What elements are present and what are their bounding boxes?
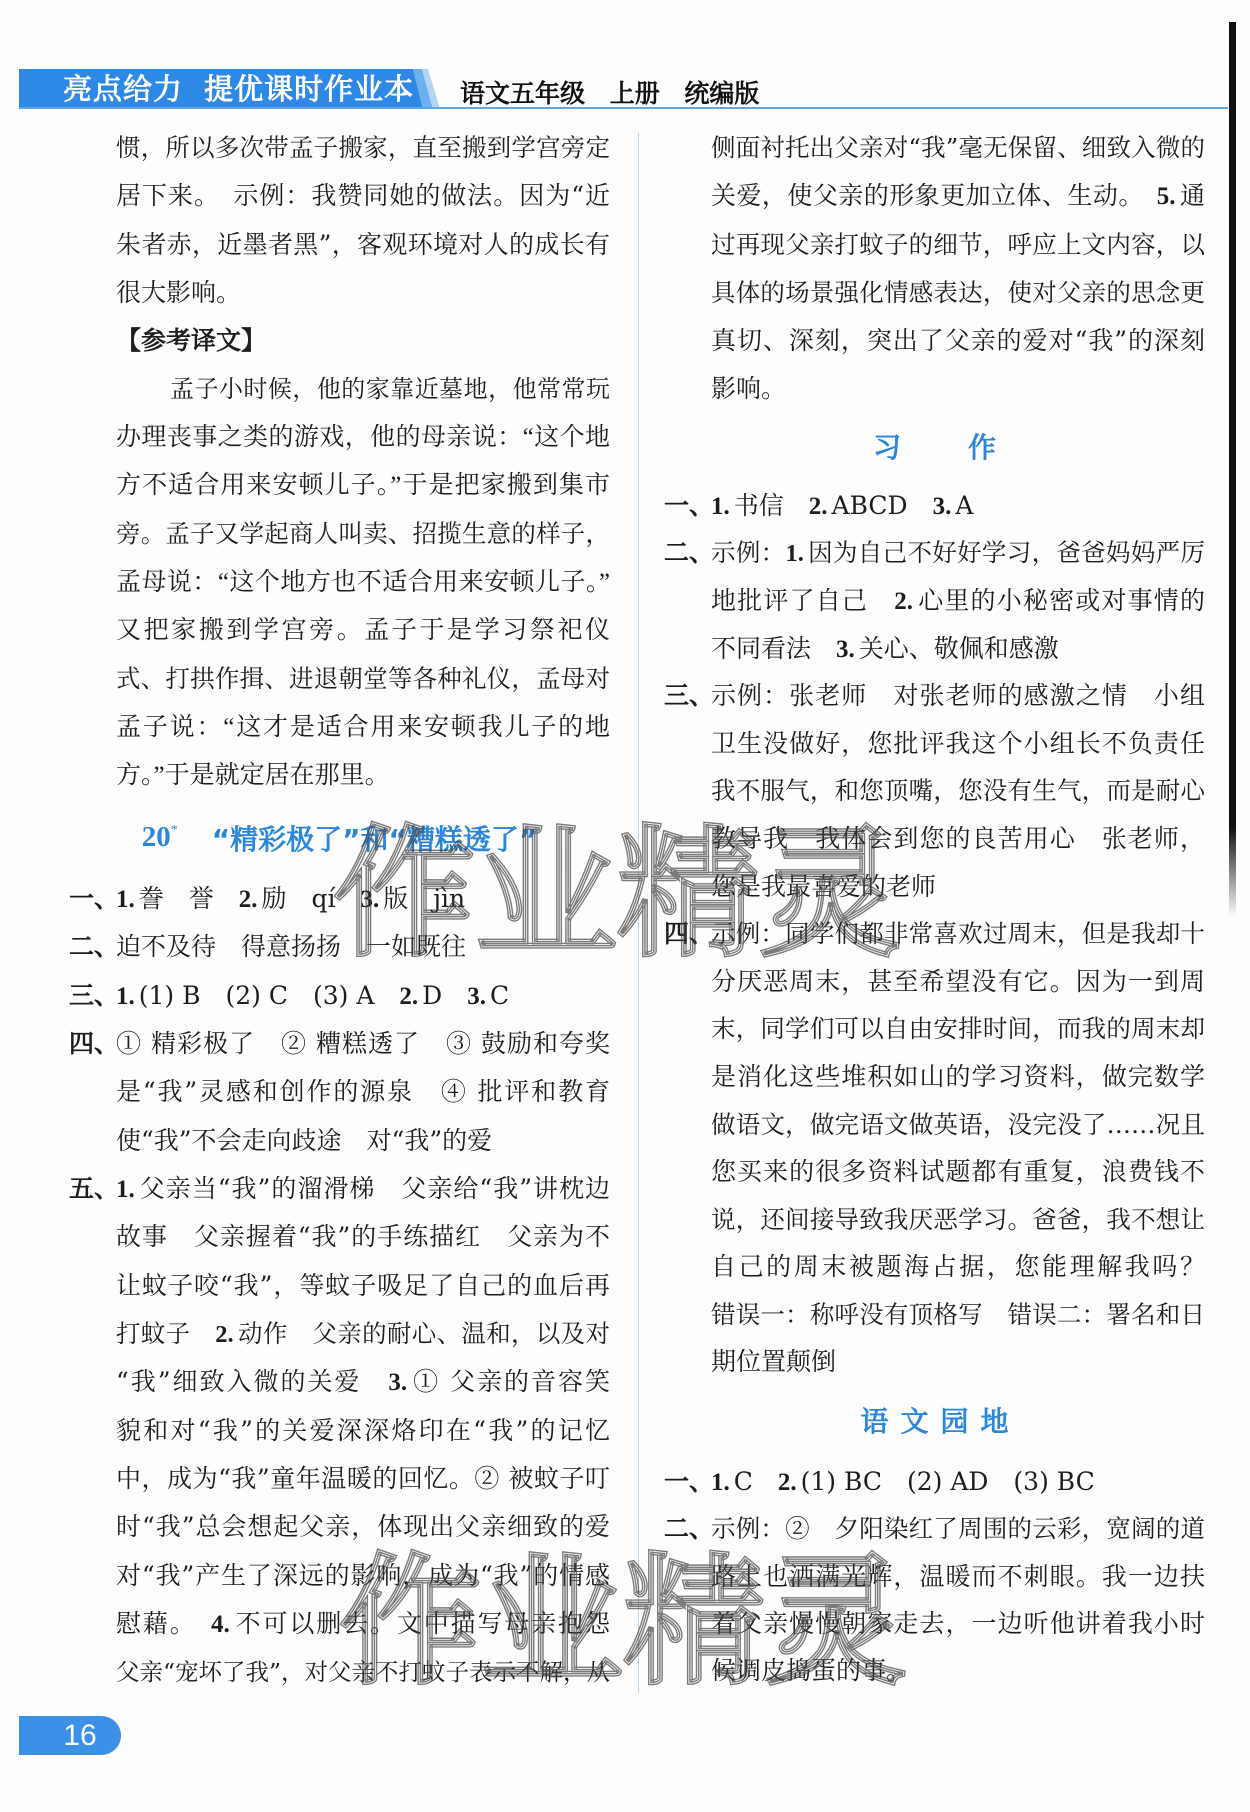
question-number: 4. <box>211 1611 230 1638</box>
line-text: 打蚊子 2.动作 父亲的耐心、温和，以及对 <box>116 1310 610 1358</box>
right-column: 侧面衬托出父亲对“我”毫无保留、细致入微的关爱，使父亲的形象更加立体、生动。 5… <box>664 124 1205 1695</box>
translation-label: 【参考译文】 <box>116 317 610 365</box>
text-line: 分厌恶周末，甚至希望没有它。因为一到周 <box>664 958 1205 1006</box>
text-line: 是消化这些堆积如山的学习资料，做完数学 <box>664 1053 1205 1101</box>
answer-text: (1) B (2) C (3) A <box>139 981 400 1010</box>
answer-item-line: 四、① 精彩极了 ② 糟糕透了 ③ 鼓励和夸奖 <box>69 1020 610 1068</box>
line-text: 错误一：称呼没有顶格写 错误二：署名和日 <box>711 1291 1205 1339</box>
text-line: 式、打拱作揖、进退朝堂等各种礼仪，孟母对 <box>69 656 610 704</box>
line-text: 末，同学们可以自由安排时间，而我的周末却 <box>711 1005 1205 1053</box>
answer-text: A <box>955 491 973 520</box>
line-text: 分厌恶周末，甚至希望没有它。因为一到周 <box>711 958 1205 1006</box>
answer-item-line: 三、示例：张老师 对张老师的感激之情 小组 <box>664 672 1205 720</box>
item-marker: 二、 <box>664 529 711 577</box>
answer-text: ABCD <box>832 491 933 520</box>
line-text: 示例：张老师 对张老师的感激之情 小组 <box>711 672 1205 720</box>
text-line: 居下来。 示例：我赞同她的做法。因为“近 <box>69 172 610 220</box>
answer-text: 示例： <box>711 538 785 567</box>
line-text: 貌和对“我”的关爱深深烙印在“我”的记忆 <box>116 1407 610 1455</box>
line-text: 父亲“宠坏了我”，对父亲不打蚊子表示不解，从 <box>116 1648 610 1696</box>
question-number: 2. <box>215 1321 233 1348</box>
item-marker: 五、 <box>69 1165 116 1213</box>
line-text: 1.书信 2.ABCD 3.A <box>711 482 1205 530</box>
answer-text: D <box>422 981 467 1010</box>
text-line: 旁。孟子又学起商人叫卖、招揽生意的样子， <box>69 511 610 559</box>
line-text: 说，还间接导致我厌恶学习。爸爸，我不想让 <box>711 1196 1205 1244</box>
text-line: 教导我 我体会到您的良苦用心 张老师， <box>664 815 1205 863</box>
text-line: 关爱，使父亲的形象更加立体、生动。 5.通 <box>664 172 1205 220</box>
text-line: 朱者赤，近墨者黑”，客观环境对人的成长有 <box>69 221 610 269</box>
line-text: 孟母说：“这个地方也不适合用来安顿儿子。” <box>116 559 610 607</box>
question-number: 3. <box>467 983 486 1010</box>
line-text: 又把家搬到学宫旁。孟子于是学习祭祀仪 <box>116 607 610 655</box>
line-text: 具体的场景强化情感表达，使对父亲的思念更 <box>711 269 1205 317</box>
line-text: 您买来的很多资料试题都有重复，浪费钱不 <box>711 1148 1205 1196</box>
text-line: 办理丧事之类的游戏，他的母亲说：“这个地 <box>69 414 610 462</box>
answer-text: 心里的小秘密或对事情的 <box>917 586 1205 615</box>
question-number: 1. <box>116 1176 135 1203</box>
section-heading-xizuo: 习作 <box>664 414 1205 482</box>
section-heading-yuwen-yuandi: 语文园地 <box>664 1386 1205 1458</box>
line-text: 期位置颠倒 <box>711 1338 1205 1386</box>
lesson-number: 20 <box>142 821 171 854</box>
line-text: 1.C 2.(1) BC (2) AD (3) BC <box>711 1458 1205 1505</box>
text-line: 侧面衬托出父亲对“我”毫无保留、细致入微的 <box>664 124 1205 172</box>
header-rule <box>19 107 1228 109</box>
text-line: 地批评了自己 2.心里的小秘密或对事情的 <box>664 577 1205 625</box>
text-line: 末，同学们可以自由安排时间，而我的周末却 <box>664 1005 1205 1053</box>
item-marker: 一、 <box>664 482 711 530</box>
lesson-answers: 一、1.誊 誉 2.励 qí 3.版 jìn二、迫不及待 得意扬扬 一如既往三、… <box>69 875 610 1697</box>
text-line: 影响。 <box>664 365 1205 413</box>
series-title: 亮点给力 提优课时作业本 <box>63 69 414 109</box>
left-column: 惯，所以多次带孟子搬家，直至搬到学宫旁定居下来。 示例：我赞同她的做法。因为“近… <box>69 124 610 1697</box>
reference-translation: 孟子小时候，他的家靠近墓地，他常常玩办理丧事之类的游戏，他的母亲说：“这个地方不… <box>69 366 610 801</box>
line-text: 教导我 我体会到您的良苦用心 张老师， <box>711 815 1205 863</box>
question-number: 2. <box>778 1469 797 1496</box>
answer-text: ① 父亲的音容笑 <box>411 1367 610 1396</box>
item-marker: 二、 <box>69 923 116 971</box>
text-line: 卫生没做好，您批评我这个小组长不负责任 <box>664 720 1205 768</box>
question-number: 1. <box>785 540 803 567</box>
item-marker: 三、 <box>664 672 711 720</box>
answer-text: 慰藉。 <box>116 1609 211 1638</box>
line-text: 关爱，使父亲的形象更加立体、生动。 5.通 <box>711 172 1205 220</box>
optional-lesson-mark: * <box>171 823 178 839</box>
line-text: 您是我最喜爱的老师 <box>711 863 1205 911</box>
line-text: 卫生没做好，您批评我这个小组长不负责任 <box>711 720 1205 768</box>
line-text: 朱者赤，近墨者黑”，客观环境对人的成长有 <box>116 221 610 269</box>
question-number: 1. <box>711 1469 730 1496</box>
answer-text: 励 qí <box>262 884 361 913</box>
answer-item-line: 一、1.誊 誉 2.励 qí 3.版 jìn <box>69 875 610 923</box>
question-number: 1. <box>711 493 730 520</box>
text-line: 您是我最喜爱的老师 <box>664 863 1205 911</box>
line-text: “我”细致入微的关爱 3.① 父亲的音容笑 <box>116 1358 610 1406</box>
text-line: 路上也洒满光辉，温暖而不刺眼。我一边扶 <box>664 1553 1205 1600</box>
text-line: 孟子小时候，他的家靠近墓地，他常常玩 <box>69 366 610 414</box>
answer-text: C <box>734 1467 778 1496</box>
line-text: 示例：同学们都非常喜欢过周末，但是我却十 <box>711 910 1205 958</box>
line-text: 使“我”不会走向歧途 对“我”的爱 <box>116 1117 610 1165</box>
answer-text: 不同看法 <box>711 634 836 663</box>
text-line: 惯，所以多次带孟子搬家，直至搬到学宫旁定 <box>69 124 610 172</box>
answer-text: 关心、敬佩和感激 <box>859 634 1059 663</box>
text-line: 说，还间接导致我厌恶学习。爸爸，我不想让 <box>664 1196 1205 1244</box>
line-text: 惯，所以多次带孟子搬家，直至搬到学宫旁定 <box>116 124 610 172</box>
line-text: 方不适合用来安顿儿子。”于是把家搬到集市 <box>116 462 610 510</box>
line-text: 办理丧事之类的游戏，他的母亲说：“这个地 <box>116 414 610 462</box>
text-line: 中，成为“我”童年温暖的回忆。② 被蚊子叮 <box>69 1455 610 1503</box>
question-number: 2. <box>894 588 913 615</box>
workbook-answer-page: 亮点给力 提优课时作业本 语文五年级 上册 统编版 惯，所以多次带孟子搬家，直至… <box>0 0 1250 1812</box>
line-text: 让蚊子咬“我”，等蚊子吸足了自己的血后再 <box>116 1262 610 1310</box>
series-banner: 亮点给力 提优课时作业本 <box>19 69 441 109</box>
line-text: 1.誊 誉 2.励 qí 3.版 jìn <box>116 875 610 923</box>
text-line: 自己的周末被题海占据，您能理解我吗？ <box>664 1243 1205 1291</box>
answer-text: C <box>490 981 509 1010</box>
line-text: 示例：② 夕阳染红了周围的云彩，宽阔的道 <box>711 1505 1205 1552</box>
text-line: 不同看法 3.关心、敬佩和感激 <box>664 625 1205 673</box>
text-line: 对“我”产生了深远的影响，成为“我”的情感 <box>69 1552 610 1600</box>
line-text: 做语文，做完语文做英语，没完没了……况且 <box>711 1101 1205 1149</box>
line-text: 我不服气，和您顶嘴，您没有生气，而是耐心 <box>711 767 1205 815</box>
item-marker: 二、 <box>664 1505 711 1552</box>
line-text: 时“我”总会想起父亲，体现出父亲细致的爱 <box>116 1503 610 1551</box>
question-number: 1. <box>116 886 135 913</box>
line-text: 不同看法 3.关心、敬佩和感激 <box>711 625 1205 673</box>
text-line: 候调皮捣蛋的事。 <box>664 1647 1205 1694</box>
line-text: 自己的周末被题海占据，您能理解我吗？ <box>711 1243 1205 1291</box>
question-number: 3. <box>361 886 380 913</box>
line-text: 孟子说：“这才是适合用来安顿我儿子的地 <box>116 704 610 752</box>
line-text: ① 精彩极了 ② 糟糕透了 ③ 鼓励和夸奖 <box>116 1020 610 1068</box>
answer-text: 父亲当“我”的溜滑梯 父亲给“我”讲枕边 <box>139 1174 610 1203</box>
lesson-title: “精彩极了”和“糟糕透了” <box>212 818 538 858</box>
text-line: 时“我”总会想起父亲，体现出父亲细致的爱 <box>69 1503 610 1551</box>
item-marker: 四、 <box>69 1020 116 1068</box>
answer-text: 不可以删去。文中描写母亲抱怨 <box>234 1609 610 1638</box>
text-line: 貌和对“我”的关爱深深烙印在“我”的记忆 <box>69 1407 610 1455</box>
question-number: 2. <box>399 983 418 1010</box>
line-text: 是“我”灵感和创作的源泉 ④ 批评和教育 <box>116 1068 610 1116</box>
line-text: 过再现父亲打蚊子的细节，呼应上文内容，以 <box>711 221 1205 269</box>
lesson-heading: 20 * “精彩极了”和“糟糕透了” <box>69 801 610 875</box>
question-number: 2. <box>239 886 258 913</box>
previous-answer-continued: 惯，所以多次带孟子搬家，直至搬到学宫旁定居下来。 示例：我赞同她的做法。因为“近… <box>69 124 610 317</box>
line-text: 中，成为“我”童年温暖的回忆。② 被蚊子叮 <box>116 1455 610 1503</box>
item-marker: 一、 <box>664 1458 711 1505</box>
answer-text: 关爱，使父亲的形象更加立体、生动。 <box>711 181 1157 210</box>
text-line: 打蚊子 2.动作 父亲的耐心、温和，以及对 <box>69 1310 610 1358</box>
answer-item-line: 二、迫不及待 得意扬扬 一如既往 <box>69 923 610 971</box>
line-text: 地批评了自己 2.心里的小秘密或对事情的 <box>711 577 1205 625</box>
line-text: 旁。孟子又学起商人叫卖、招揽生意的样子， <box>116 511 610 559</box>
line-text: 慰藉。 4.不可以删去。文中描写母亲抱怨 <box>116 1600 610 1648</box>
answer-item-line: 三、1.(1) B (2) C (3) A 2.D 3.C <box>69 972 610 1020</box>
line-text: 居下来。 示例：我赞同她的做法。因为“近 <box>116 172 610 220</box>
text-line: 父亲“宠坏了我”，对父亲不打蚊子表示不解，从 <box>69 1648 610 1696</box>
text-line: 您买来的很多资料试题都有重复，浪费钱不 <box>664 1148 1205 1196</box>
line-text: 1.(1) B (2) C (3) A 2.D 3.C <box>116 972 610 1020</box>
line-text: 着父亲慢慢朝家走去，一边听他讲着我小时 <box>711 1600 1205 1647</box>
question-number: 3. <box>388 1369 407 1396</box>
line-text: 故事 父亲握着“我”的手练描红 父亲为不 <box>116 1213 610 1261</box>
text-line: 让蚊子咬“我”，等蚊子吸足了自己的血后再 <box>69 1262 610 1310</box>
text-line: 方不适合用来安顿儿子。”于是把家搬到集市 <box>69 462 610 510</box>
text-line: 我不服气，和您顶嘴，您没有生气，而是耐心 <box>664 767 1205 815</box>
line-text: 候调皮捣蛋的事。 <box>711 1647 1205 1694</box>
text-line: 孟母说：“这个地方也不适合用来安顿儿子。” <box>69 559 610 607</box>
yuwen-yuandi-answers: 一、1.C 2.(1) BC (2) AD (3) BC二、示例：② 夕阳染红了… <box>664 1458 1205 1694</box>
text-line: 期位置颠倒 <box>664 1338 1205 1386</box>
text-line: 是“我”灵感和创作的源泉 ④ 批评和教育 <box>69 1068 610 1116</box>
text-line: 慰藉。 4.不可以删去。文中描写母亲抱怨 <box>69 1600 610 1648</box>
line-text: 方。”于是就定居在那里。 <box>116 752 610 800</box>
text-line: 着父亲慢慢朝家走去，一边听他讲着我小时 <box>664 1600 1205 1647</box>
answer-text: (1) BC (2) AD (3) BC <box>801 1467 1095 1496</box>
text-line: 做语文，做完语文做英语，没完没了……况且 <box>664 1101 1205 1149</box>
line-text: 很大影响。 <box>116 269 610 317</box>
answer-text: 书信 <box>734 491 809 520</box>
text-line: 孟子说：“这才是适合用来安顿我儿子的地 <box>69 704 610 752</box>
line-text: 1.父亲当“我”的溜滑梯 父亲给“我”讲枕边 <box>116 1165 610 1213</box>
answer-item-line: 二、示例：② 夕阳染红了周围的云彩，宽阔的道 <box>664 1505 1205 1552</box>
answer-item-line: 五、1.父亲当“我”的溜滑梯 父亲给“我”讲枕边 <box>69 1165 610 1213</box>
line-text: 孟子小时候，他的家靠近墓地，他常常玩 <box>116 366 610 414</box>
text-line: 错误一：称呼没有顶格写 错误二：署名和日 <box>664 1291 1205 1339</box>
text-line: 故事 父亲握着“我”的手练描红 父亲为不 <box>69 1213 610 1261</box>
text-line: 过再现父亲打蚊子的细节，呼应上文内容，以 <box>664 221 1205 269</box>
line-text: 是消化这些堆积如山的学习资料，做完数学 <box>711 1053 1205 1101</box>
answer-item-line: 一、1.C 2.(1) BC (2) AD (3) BC <box>664 1458 1205 1505</box>
line-text: 真切、深刻，突出了父亲的爱对“我”的深刻 <box>711 317 1205 365</box>
xizuo-answers: 一、1.书信 2.ABCD 3.A二、示例：1.因为自己不好好学习，爸爸妈妈严厉… <box>664 482 1205 1386</box>
column-divider <box>638 133 639 1693</box>
text-line: 方。”于是就定居在那里。 <box>69 752 610 800</box>
answer-text: “我”细致入微的关爱 <box>116 1367 388 1396</box>
answer-text: 誊 誉 <box>139 884 239 913</box>
answer-text: 通 <box>1180 181 1205 210</box>
text-line: 使“我”不会走向歧途 对“我”的爱 <box>69 1117 610 1165</box>
page-edge-shadow <box>1229 22 1236 917</box>
line-text: 影响。 <box>711 365 1205 413</box>
text-line: 真切、深刻，突出了父亲的爱对“我”的深刻 <box>664 317 1205 365</box>
text-line: 又把家搬到学宫旁。孟子于是学习祭祀仪 <box>69 607 610 655</box>
question-number: 3. <box>933 493 952 520</box>
item-marker: 三、 <box>69 972 116 1020</box>
text-line: “我”细致入微的关爱 3.① 父亲的音容笑 <box>69 1358 610 1406</box>
answer-text: 动作 父亲的耐心、温和，以及对 <box>238 1319 610 1348</box>
line-text: 路上也洒满光辉，温暖而不刺眼。我一边扶 <box>711 1553 1205 1600</box>
answer-text: 因为自己不好好学习，爸爸妈妈严厉 <box>808 538 1205 567</box>
line-text: 式、打拱作揖、进退朝堂等各种礼仪，孟母对 <box>116 656 610 704</box>
line-text: 侧面衬托出父亲对“我”毫无保留、细致入微的 <box>711 124 1205 172</box>
line-text: 对“我”产生了深远的影响，成为“我”的情感 <box>116 1552 610 1600</box>
item-marker: 四、 <box>664 910 711 958</box>
question-number: 1. <box>116 983 135 1010</box>
answer-item-line: 四、示例：同学们都非常喜欢过周末，但是我却十 <box>664 910 1205 958</box>
line-text: 迫不及待 得意扬扬 一如既往 <box>116 923 610 971</box>
previous-answer-continued-right: 侧面衬托出父亲对“我”毫无保留、细致入微的关爱，使父亲的形象更加立体、生动。 5… <box>664 124 1205 414</box>
item-marker: 一、 <box>69 875 116 923</box>
question-number: 5. <box>1157 183 1176 210</box>
answer-item-line: 一、1.书信 2.ABCD 3.A <box>664 482 1205 530</box>
answer-text: 版 jìn <box>383 884 465 913</box>
answer-text: 打蚊子 <box>116 1319 215 1348</box>
page-number-badge: 16 <box>19 1716 121 1755</box>
answer-text: 地批评了自己 <box>711 586 894 615</box>
question-number: 3. <box>836 636 855 663</box>
line-text: 示例：1.因为自己不好好学习，爸爸妈妈严厉 <box>711 529 1205 577</box>
text-line: 很大影响。 <box>69 269 610 317</box>
question-number: 2. <box>809 493 828 520</box>
text-line: 具体的场景强化情感表达，使对父亲的思念更 <box>664 269 1205 317</box>
answer-item-line: 二、示例：1.因为自己不好好学习，爸爸妈妈严厉 <box>664 529 1205 577</box>
